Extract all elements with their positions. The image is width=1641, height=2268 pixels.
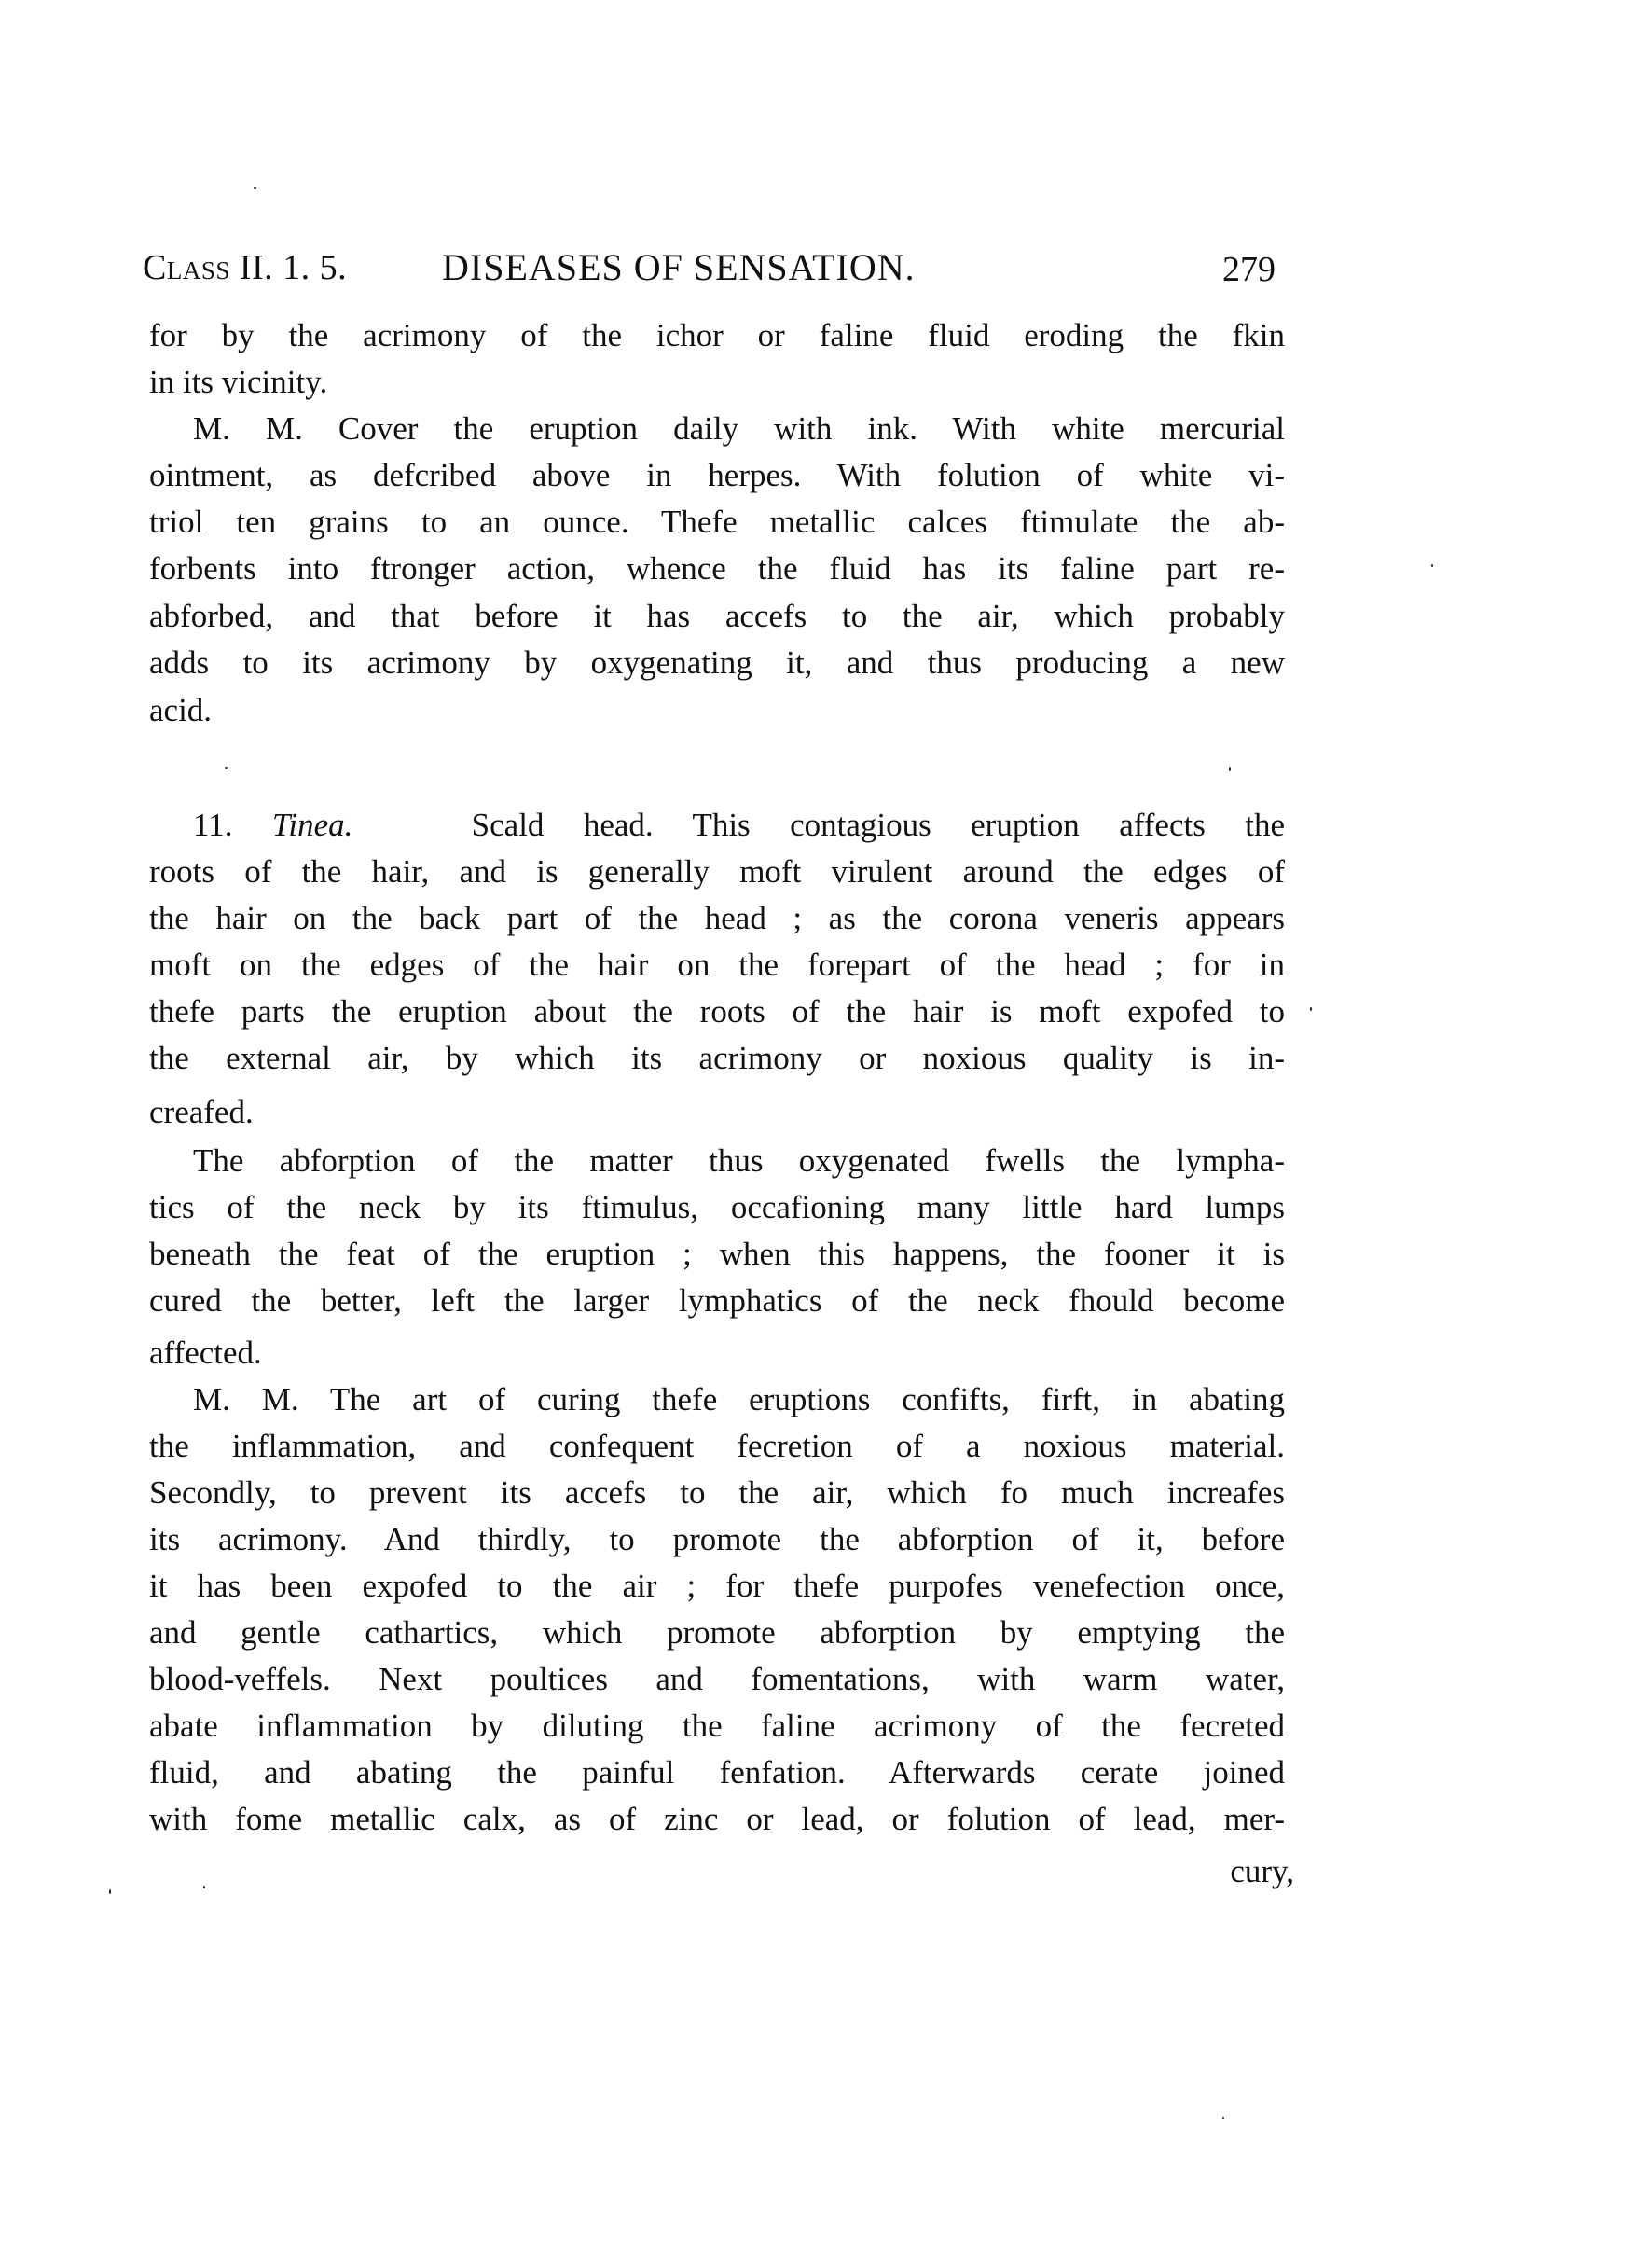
text-line: the hair on the back part of the head ; … bbox=[149, 895, 1285, 942]
print-speck bbox=[109, 1889, 111, 1894]
print-speck bbox=[1431, 564, 1433, 567]
text-line: roots of the hair, and is generally moft… bbox=[149, 849, 1285, 895]
text-line: abforbed, and that before it has accefs … bbox=[149, 593, 1285, 640]
section-text: Scald head. This contagious eruption aff… bbox=[472, 807, 1285, 843]
text-line: affected. bbox=[149, 1330, 1285, 1376]
text-line: M. M. The art of curing thefe eruptions … bbox=[193, 1376, 1285, 1423]
text-line: blood-veffels. Next poultices and foment… bbox=[149, 1656, 1285, 1703]
text-line: tics of the neck by its ftimulus, occafi… bbox=[149, 1184, 1285, 1231]
page-number: 279 bbox=[1222, 246, 1276, 293]
text-line: the external air, by which its acrimony … bbox=[149, 1035, 1285, 1082]
text-line: moft on the edges of the hair on the for… bbox=[149, 942, 1285, 989]
text-line: its acrimony. And thirdly, to promote th… bbox=[149, 1516, 1285, 1563]
text-line: abate inflammation by diluting the falin… bbox=[149, 1703, 1285, 1749]
text-line: M. M. Cover the eruption daily with ink.… bbox=[193, 406, 1285, 452]
text-line: beneath the feat of the eruption ; when … bbox=[149, 1231, 1285, 1278]
text-line: thefe parts the eruption about the roots… bbox=[149, 989, 1285, 1035]
section-number: 11. bbox=[193, 807, 232, 843]
print-speck bbox=[203, 1886, 205, 1888]
text-line: the inflammation, and confequent fecreti… bbox=[149, 1423, 1285, 1470]
print-speck bbox=[1229, 767, 1231, 771]
book-page: Class II. 1. 5. DISEASES OF SENSATION. 2… bbox=[0, 0, 1641, 2268]
text-line: The abforption of the matter thus oxygen… bbox=[193, 1138, 1285, 1184]
print-speck bbox=[225, 767, 228, 769]
class-number: II. 1. 5. bbox=[240, 248, 347, 287]
text-line: it has been expofed to the air ; for the… bbox=[149, 1563, 1285, 1610]
print-speck bbox=[1310, 1007, 1312, 1011]
text-line: forbents into ftronger action, whence th… bbox=[149, 546, 1285, 592]
running-head: Class II. 1. 5. DISEASES OF SENSATION. 2… bbox=[143, 244, 1285, 291]
class-label: Class bbox=[143, 248, 230, 287]
text-line: fluid, and abating the painful fenfation… bbox=[149, 1749, 1285, 1796]
page-title: DISEASES OF SENSATION. bbox=[442, 244, 916, 291]
catchword: cury, bbox=[1119, 1848, 1294, 1895]
text-line: and gentle cathartics, which promote abf… bbox=[149, 1610, 1285, 1656]
print-speck bbox=[254, 187, 256, 189]
text-line: for by the acrimony of the ichor or fali… bbox=[149, 312, 1285, 359]
text-line: adds to its acrimony by oxygenating it, … bbox=[149, 640, 1285, 686]
text-line: with fome metallic calx, as of zinc or l… bbox=[149, 1796, 1285, 1843]
text-line: creafed. bbox=[149, 1089, 1285, 1136]
text-line: in its vicinity. bbox=[149, 359, 1285, 406]
class-reference: Class II. 1. 5. bbox=[143, 244, 347, 291]
text-line: Secondly, to prevent its accefs to the a… bbox=[149, 1470, 1285, 1516]
text-line: triol ten grains to an ounce. Thefe meta… bbox=[149, 499, 1285, 546]
section-heading-line: 11. Tinea. Scald head. This contagious e… bbox=[193, 802, 1285, 849]
section-name: Tinea. bbox=[272, 807, 353, 843]
text-line: cured the better, left the larger lympha… bbox=[149, 1278, 1285, 1324]
text-line: ointment, as defcribed above in herpes. … bbox=[149, 452, 1285, 499]
print-speck bbox=[1222, 2117, 1224, 2119]
text-line: acid. bbox=[149, 687, 1285, 734]
